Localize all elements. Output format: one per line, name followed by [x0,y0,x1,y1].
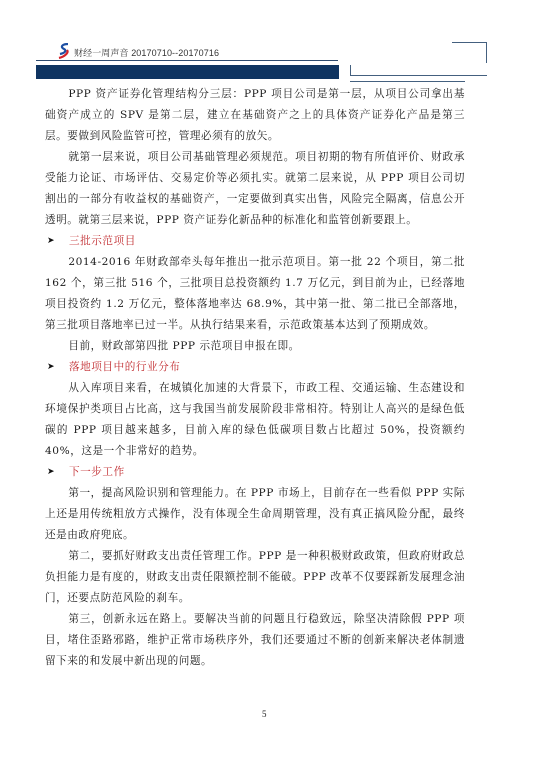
section-heading-industry: ➤ 落地项目中的行业分布 [45,357,465,378]
paragraph-structure: PPP 资产证券化管理结构分三层：PPP 项目公司是第一层，从项目公司拿出基础资… [45,84,465,147]
paragraph-layers: 就第一层来说，项目公司基础管理必须规范。项目初期的物有所值评价、财政承受能力论证… [45,147,465,231]
header-rule [36,60,338,61]
article-body: PPP 资产证券化管理结构分三层：PPP 项目公司是第一层，从项目公司拿出基础资… [45,84,465,672]
header-bar [36,65,339,79]
section-heading-next-steps: ➤ 下一步工作 [45,462,465,483]
header-title: 财经一周声音 20170710--20170716 [74,46,219,59]
heading-text: 下一步工作 [69,462,125,483]
arrow-bullet-icon: ➤ [45,231,69,252]
section-heading-demo-projects: ➤ 三批示范项目 [45,231,465,252]
document-page: 财经一周声音 20170710--20170716 PPP 资产证券化管理结构分… [0,0,543,768]
paragraph-second: 第二，要抓好财政支出责任管理工作。PPP 是一种积极财政政策，但政府财政总负担能… [45,546,465,609]
heading-text: 落地项目中的行业分布 [69,357,180,378]
paragraph-third: 第三，创新永远在路上。要解决当前的问题且行稳致远，除坚决清除假 PPP 项目，堵… [45,609,465,672]
paragraph-first: 第一，提高风险识别和管理能力。在 PPP 市场上，目前存在一些看似 PPP 实际… [45,483,465,546]
arrow-bullet-icon: ➤ [45,357,69,378]
arrow-bullet-icon: ➤ [45,462,69,483]
paragraph-industry: 从入库项目来看，在城镇化加速的大背景下，市政工程、交通运输、生态建设和环境保护类… [45,378,465,462]
header-frame-rule [350,81,465,82]
header-frame-top [452,42,487,63]
paragraph-fourth-batch: 目前，财政部第四批 PPP 示范项目申报在即。 [45,336,465,357]
page-number: 5 [262,709,267,719]
header-frame-bottom [350,65,487,76]
paragraph-demo-stats: 2014-2016 年财政部牵头每年推出一批示范项目。第一批 22 个项目，第二… [45,252,465,336]
logo-icon [58,43,70,59]
heading-text: 三批示范项目 [69,231,136,252]
